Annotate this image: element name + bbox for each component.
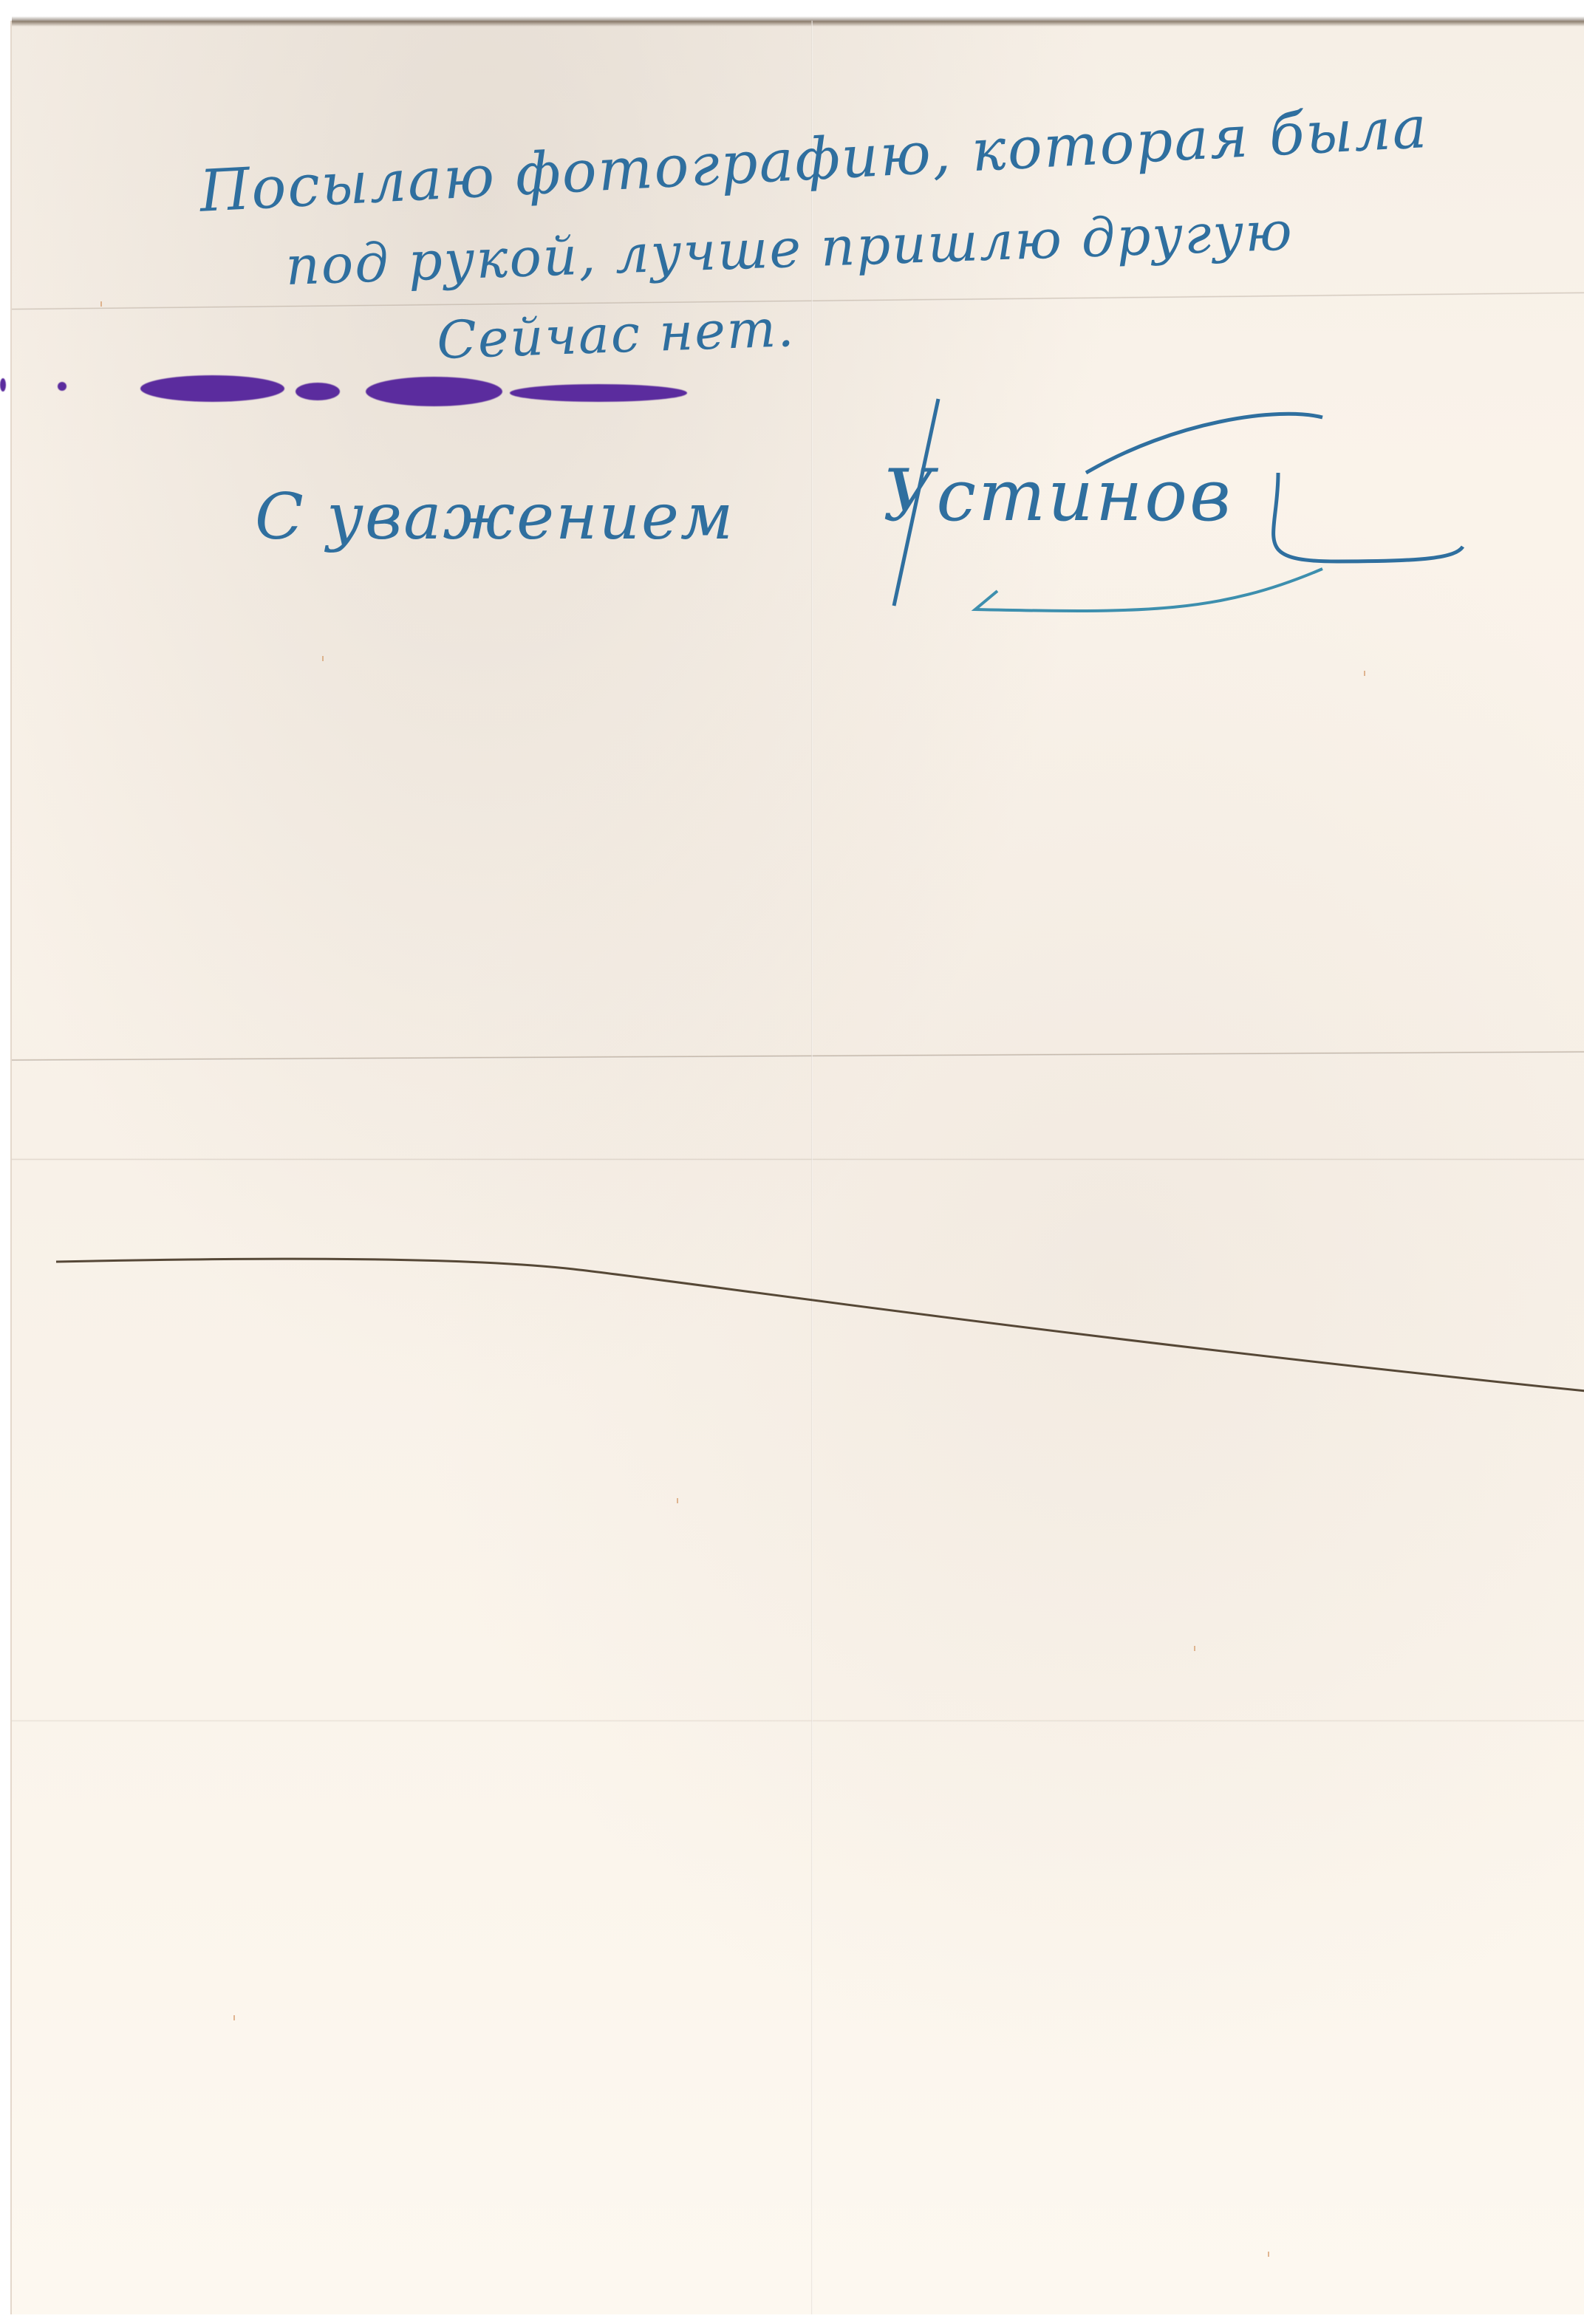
fold-line — [12, 1720, 1584, 1722]
ink-blot — [296, 383, 340, 400]
ink-blot — [0, 378, 6, 392]
paper-speck — [1194, 1646, 1195, 1651]
closing-text: С уважением — [255, 480, 734, 554]
paper-top-edge — [12, 16, 1584, 27]
ink-blot — [510, 384, 687, 402]
purple-ink-strike — [0, 355, 739, 414]
ink-blot — [58, 382, 66, 391]
paper-speck — [677, 1498, 678, 1503]
fold-line — [12, 292, 1584, 310]
paper-speck — [1268, 2252, 1269, 2257]
vertical-fold-line — [811, 21, 813, 2314]
ink-blot — [140, 375, 284, 402]
fold-line — [12, 1050, 1584, 1061]
paper-speck — [100, 301, 102, 307]
paper-speck — [1364, 671, 1365, 676]
fold-line — [12, 1158, 1584, 1161]
signature-flourish — [864, 392, 1470, 613]
paper-speck — [322, 656, 324, 661]
paper-speck — [233, 2015, 235, 2020]
ink-blot — [366, 377, 502, 406]
